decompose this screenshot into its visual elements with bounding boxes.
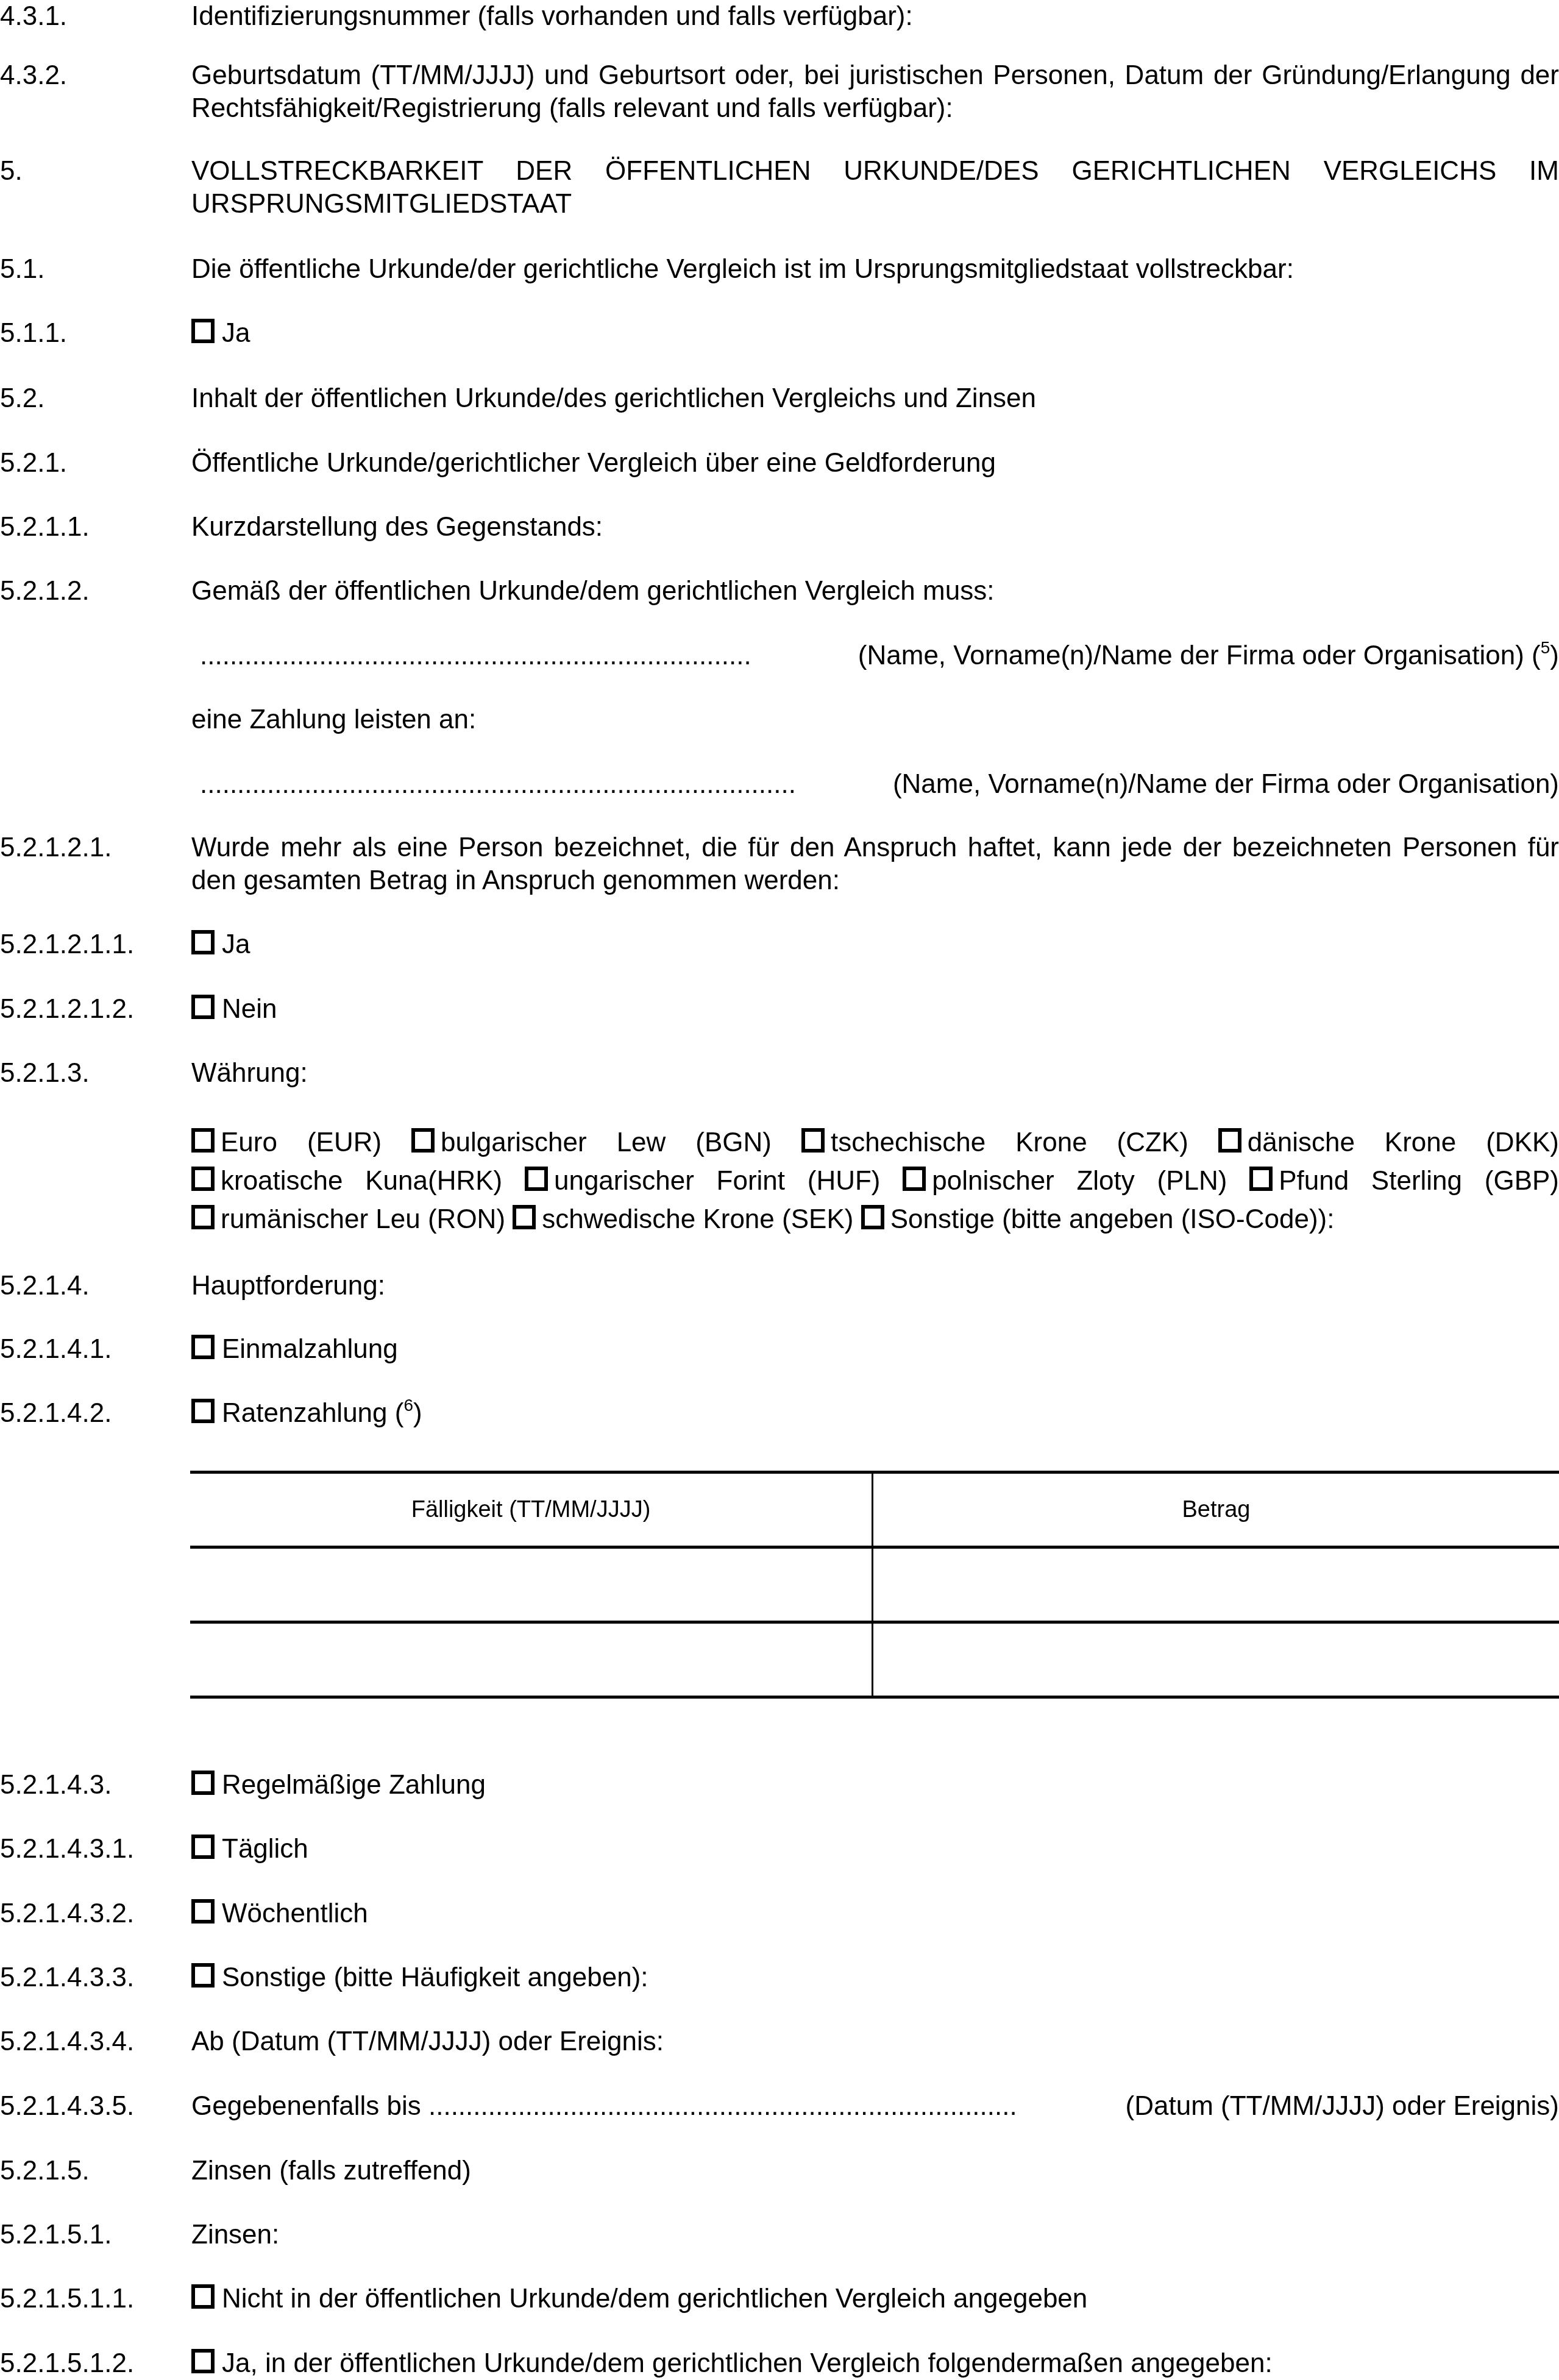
section-text: Ab (Datum (TT/MM/JJJJ) oder Ereignis: — [191, 2025, 1559, 2058]
checkbox-label: Nicht in der öffentlichen Urkunde/dem ge… — [222, 2284, 1087, 2314]
currency-line-1: Euro (EUR) bulgarischer Lew (BGN) tschec… — [191, 1123, 1559, 1162]
section-number: 5.2.1.3. — [0, 1057, 90, 1090]
checkbox-icon[interactable] — [1249, 1167, 1273, 1191]
section-text: eine Zahlung leisten an: — [191, 703, 1559, 736]
section-number: 5.2.1.4.2. — [0, 1397, 112, 1430]
section-text: Hauptforderung: — [191, 1270, 1559, 1302]
section-number: 4.3.1. — [0, 0, 67, 33]
footnote-ref: 6 — [403, 1396, 413, 1415]
currency-line-3: rumänischer Leu (RON) schwedische Krone … — [191, 1200, 1559, 1238]
section-text: Öffentliche Urkunde/gerichtlicher Vergle… — [191, 447, 1559, 480]
checkbox-icon[interactable] — [861, 1205, 884, 1229]
header-faelligkeit: Fälligkeit (TT/MM/JJJJ) — [190, 1472, 873, 1547]
section-number: 5.2.1.2.1.1. — [0, 928, 134, 961]
checkbox-label: Ja — [222, 929, 250, 959]
checkbox-icon[interactable] — [411, 1128, 435, 1153]
section-text: Die öffentliche Urkunde/der gerichtliche… — [191, 253, 1559, 286]
checkbox-label: Ratenzahlung (6) — [222, 1398, 422, 1428]
section-number: 5.2.1.5.1.1. — [0, 2282, 134, 2315]
checkbox-regelmaessige-zahlung[interactable] — [191, 1771, 215, 1795]
section-heading: VOLLSTRECKBARKEIT DER ÖFFENTLICHEN URKUN… — [191, 155, 1559, 221]
due-date-cell[interactable] — [190, 1547, 873, 1622]
currency-option-ron[interactable]: rumänischer Leu (RON) — [191, 1204, 505, 1234]
checkbox-label: Nein — [222, 994, 277, 1024]
due-date-cell[interactable] — [190, 1622, 873, 1697]
checkbox-icon[interactable] — [801, 1128, 825, 1153]
section-number: 5.1.1. — [0, 317, 67, 350]
checkbox-icon[interactable] — [513, 1205, 536, 1229]
amount-cell[interactable] — [873, 1547, 1559, 1622]
section-number: 5.2.1.5.1. — [0, 2218, 112, 2251]
checkbox-nicht-angegeben[interactable] — [191, 2284, 215, 2309]
checkbox-label: Sonstige (bitte Häufigkeit angeben): — [222, 1963, 648, 1992]
checkbox-label: Ja — [222, 318, 250, 348]
section-number: 5.2.1.4.3.1. — [0, 1833, 134, 1866]
checkbox-sonstige[interactable] — [191, 1963, 215, 1987]
checkbox-icon[interactable] — [191, 1128, 215, 1153]
checkbox-label: Einmalzahlung — [222, 1334, 398, 1364]
section-number: 5.2.1. — [0, 447, 67, 480]
checkbox-icon[interactable] — [903, 1167, 926, 1191]
checkbox-einmalzahlung[interactable] — [191, 1335, 215, 1359]
checkbox-ja-angegeben[interactable] — [191, 2349, 215, 2373]
checkbox-label: Regelmäßige Zahlung — [222, 1770, 486, 1800]
footnote-ref: 5 — [1541, 638, 1550, 657]
header-betrag: Betrag — [873, 1472, 1559, 1547]
section-number: 5. — [0, 155, 23, 188]
section-number: 5.2.1.2. — [0, 575, 90, 608]
currency-option-bgn[interactable]: bulgarischer Lew (BGN) — [411, 1128, 772, 1157]
currency-option-eur[interactable]: Euro (EUR) — [191, 1128, 382, 1157]
checkbox-nein[interactable] — [191, 995, 215, 1019]
debtor-name-field[interactable]: ........................................… — [200, 639, 751, 672]
section-number: 5.2.1.4.3.4. — [0, 2025, 134, 2058]
checkbox-ja[interactable] — [191, 930, 215, 954]
debtor-name-label: (Name, Vorname(n)/Name der Firma oder Or… — [858, 639, 1559, 672]
table-row — [190, 1547, 1559, 1622]
section-number: 5.2.1.4.1. — [0, 1333, 112, 1366]
section-text: Gemäß der öffentlichen Urkunde/dem geric… — [191, 575, 1559, 608]
currency-line-2: kroatische Kuna(HRK) ungarischer Forint … — [191, 1162, 1559, 1200]
checkbox-icon[interactable] — [191, 1205, 215, 1229]
section-text: Kurzdarstellung des Gegenstands: — [191, 511, 1559, 544]
section-number: 5.2.1.4.3.2. — [0, 1897, 134, 1930]
section-number: 5.2.1.2.1.2. — [0, 993, 134, 1026]
section-number: 5.2.1.4.3. — [0, 1769, 112, 1802]
section-text: Inhalt der öffentlichen Urkunde/des geri… — [191, 382, 1559, 415]
currency-option-dkk[interactable]: dänische Krone (DKK) — [1218, 1128, 1559, 1157]
section-text: Wurde mehr als eine Person bezeichnet, d… — [191, 831, 1559, 897]
creditor-name-field[interactable]: ........................................… — [200, 768, 796, 801]
section-text: Währung: — [191, 1057, 1559, 1090]
checkbox-ratenzahlung[interactable] — [191, 1399, 215, 1423]
currency-option-gbp[interactable]: Pfund Sterling (GBP) — [1249, 1166, 1559, 1196]
checkbox-icon[interactable] — [525, 1167, 548, 1191]
section-number: 5.2.1.4.3.3. — [0, 1961, 134, 1994]
section-number: 5.2.1.4. — [0, 1270, 90, 1302]
section-text: Identifizierungsnummer (falls vorhanden … — [191, 0, 1559, 33]
section-number: 5.2. — [0, 382, 44, 415]
section-number: 5.2.1.4.3.5. — [0, 2090, 134, 2123]
creditor-name-label: (Name, Vorname(n)/Name der Firma oder Or… — [893, 768, 1559, 801]
until-hint: (Datum (TT/MM/JJJJ) oder Ereignis) — [1126, 2090, 1559, 2123]
section-number: 5.2.1.1. — [0, 511, 90, 544]
table-row — [190, 1622, 1559, 1697]
installment-table: Fälligkeit (TT/MM/JJJJ) Betrag — [190, 1471, 1559, 1699]
until-label: Gegebenenfalls bis .....................… — [191, 2090, 1017, 2123]
currency-option-hrk[interactable]: kroatische Kuna(HRK) — [191, 1166, 502, 1196]
currency-option-other[interactable]: Sonstige (bitte angeben (ISO-Code)): — [861, 1204, 1335, 1234]
checkbox-ja[interactable] — [191, 319, 215, 343]
section-number: 4.3.2. — [0, 59, 67, 92]
section-text: Geburtsdatum (TT/MM/JJJJ) und Geburtsort… — [191, 59, 1559, 125]
section-number: 5.2.1.5. — [0, 2154, 90, 2187]
section-number: 5.2.1.2.1. — [0, 831, 112, 864]
amount-cell[interactable] — [873, 1622, 1559, 1697]
checkbox-label: Wöchentlich — [222, 1899, 368, 1928]
currency-option-pln[interactable]: polnischer Zloty (PLN) — [903, 1166, 1227, 1196]
currency-option-huf[interactable]: ungarischer Forint (HUF) — [525, 1166, 881, 1196]
until-date-field[interactable]: ........................................… — [428, 2091, 1017, 2121]
section-text: Zinsen (falls zutreffend) — [191, 2154, 1559, 2187]
checkbox-icon[interactable] — [1218, 1128, 1241, 1153]
currency-option-sek[interactable]: schwedische Krone (SEK) — [513, 1204, 853, 1234]
checkbox-label: Ja, in der öffentlichen Urkunde/dem geri… — [222, 2348, 1273, 2378]
checkbox-label: Täglich — [222, 1834, 308, 1864]
checkbox-taeglich[interactable] — [191, 1835, 215, 1859]
checkbox-icon[interactable] — [191, 1167, 215, 1191]
section-number: 5.1. — [0, 253, 44, 286]
checkbox-woechentlich[interactable] — [191, 1899, 215, 1924]
currency-option-czk[interactable]: tschechische Krone (CZK) — [801, 1128, 1188, 1157]
table-header-row: Fälligkeit (TT/MM/JJJJ) Betrag — [190, 1472, 1559, 1547]
section-text: Zinsen: — [191, 2218, 1559, 2251]
section-number: 5.2.1.5.1.2. — [0, 2347, 134, 2380]
